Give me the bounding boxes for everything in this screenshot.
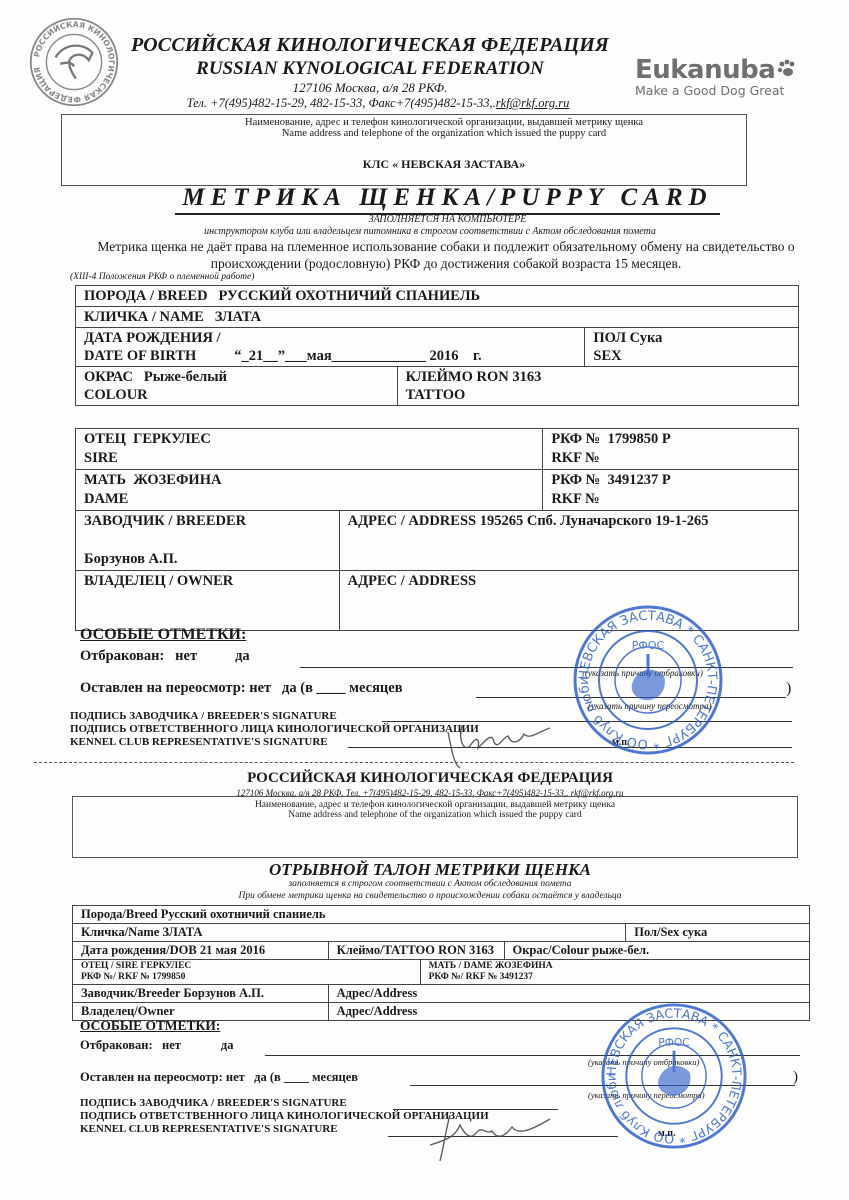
dob-row: ДАТА РОЖДЕНИЯ / DATE OF BIRTH“_21__”___м…	[76, 328, 799, 367]
talon-name: Кличка/Name ЗЛАТА	[73, 924, 626, 942]
federation-address: 127106 Москва, а/я 28 РКФ.	[120, 80, 620, 96]
federation-title-en: RUSSIAN KYNOLOGICAL FEDERATION	[120, 58, 620, 80]
breed-label: ПОРОДА / BREED	[84, 288, 208, 304]
sire-rkf-number: 1799850 Р	[608, 431, 671, 447]
rejected-yes: да	[235, 648, 250, 664]
talon-sex: Пол/Sex сука	[626, 924, 810, 942]
sponsor-brand: Eukanuba	[635, 55, 775, 85]
dam-label: МАТЬ	[84, 472, 126, 488]
talon-rejected-yes: да	[221, 1038, 234, 1052]
talon-name-row: Кличка/Name ЗЛАТА Пол/Sex сука	[73, 924, 810, 942]
sponsor-logo: Eukanuba Make a Good Dog Great	[635, 55, 835, 98]
signatures-block: ПОДПИСЬ ЗАВОДЧИКА / BREEDER'S SIGNATURE …	[70, 710, 479, 749]
parents-table: ОТЕЦ ГЕРКУЛЕС SIRE РКФ № 1799850 Р RKF №…	[75, 428, 799, 631]
talon-subtitle-2: При обмене метрики щенка на свидетельств…	[60, 891, 800, 901]
federation-contacts: Тел. +7(495)482-15-29, 482-15-33, Факс+7…	[148, 96, 608, 111]
dam-row: МАТЬ ЖОЗЕФИНА DAME РКФ № 3491237 Р RKF №	[76, 470, 799, 511]
rejected-no: нет	[175, 648, 197, 664]
org-box-label-ru: Наименование, адрес и телефон кинологиче…	[62, 117, 746, 128]
sex-label-ru: ПОЛ	[593, 330, 626, 346]
sire-row: ОТЕЦ ГЕРКУЛЕС SIRE РКФ № 1799850 Р RKF №	[76, 429, 799, 470]
breeder-address: 195265 Спб. Луначарского 19-1-265	[480, 513, 709, 529]
federation-email[interactable]: rkf@rkf.org.ru	[496, 96, 570, 110]
tear-off-line	[34, 762, 794, 763]
colour-label-en: COLOUR	[84, 386, 389, 404]
sire-rkf-label: РКФ №	[551, 431, 600, 447]
owner-label: ВЛАДЕЛЕЦ / OWNER	[84, 573, 233, 589]
colour-label-ru: ОКРАС	[84, 369, 133, 385]
talon-special-marks-title: ОСОБЫЕ ОТМЕТКИ:	[80, 1018, 220, 1034]
talon-dob-row: Дата рождения/DOB 21 мая 2016 Клеймо/TAT…	[73, 942, 810, 960]
org-box-label-en: Name address and telephone of the organi…	[62, 128, 746, 139]
talon-rejected-no: нет	[162, 1038, 181, 1052]
breeder-row: ЗАВОДЧИК / BREEDER Борзунов А.П. АДРЕС /…	[76, 511, 799, 571]
sire-label: ОТЕЦ	[84, 431, 126, 447]
sponsor-tagline: Make a Good Dog Great	[635, 83, 835, 98]
review-close-paren: )	[786, 680, 791, 698]
puppy-card-title: МЕТРИКА ЩЕНКА/PUPPY CARD	[175, 183, 720, 215]
dam-rkf-label: РКФ №	[551, 472, 600, 488]
talon-breeder: Заводчик/Breeder Борзунов А.П.	[73, 985, 329, 1003]
review-label: Оставлен на переосмотр:	[80, 680, 246, 696]
talon-review-label: Оставлен на переосмотр:	[80, 1070, 223, 1084]
lower-org-label-en: Name address and telephone of the organi…	[73, 810, 797, 820]
federation-title-ru: РОССИЙСКАЯ КИНОЛОГИЧЕСКАЯ ФЕДЕРАЦИЯ	[120, 34, 620, 57]
puppy-card-instructions: инструктором клуба или владельцем питомн…	[80, 226, 780, 237]
dob-year: 2016	[430, 348, 459, 364]
puppy-card-subtitle: ЗАПОЛНЯЕТСЯ НА КОМПЬЮТЕРЕ	[175, 214, 720, 225]
talon-review-row: Оставлен на переосмотр: нет да (в ____ м…	[80, 1070, 358, 1085]
tattoo-value: RON 3163	[477, 369, 542, 385]
breeder-address-label: АДРЕС / ADDRESS	[348, 513, 476, 529]
dob-label-en: DATE OF BIRTH	[84, 348, 196, 364]
talon-rejected-row: Отбракован: нетда	[80, 1038, 234, 1053]
puppy-card-notice: Метрика щенка не даёт права на племенное…	[66, 238, 826, 272]
club-stamp-icon: НЕВСКАЯ ЗАСТАВА * САНКТ-ПЕТЕРБУРГ * ОО К…	[572, 604, 724, 756]
rejected-label: Отбракован:	[80, 648, 164, 664]
dob-month: ___мая_____________	[285, 348, 426, 364]
dob-year-suffix: г.	[473, 348, 482, 364]
talon-breeder-address: Адрес/Address	[328, 985, 809, 1003]
talon-review-close-paren: )	[793, 1069, 798, 1086]
talon-dam: МАТЬ / DAME ЖОЗЕФИНА	[429, 961, 801, 972]
official-signature-line	[348, 747, 792, 748]
talon-breed: Порода/Breed Русский охотничий спаниель	[73, 906, 810, 924]
sire-name: ГЕРКУЛЕС	[133, 431, 211, 447]
owner-address-label: АДРЕС / ADDRESS	[348, 573, 476, 589]
talon-dob: Дата рождения/DOB 21 мая 2016	[73, 942, 329, 960]
sex-value: Сука	[630, 330, 663, 346]
special-marks-title: ОСОБЫЕ ОТМЕТКИ:	[80, 626, 246, 644]
review-row: Оставлен на переосмотр: нет да (в ____ м…	[80, 680, 403, 697]
talon-colour: Окрас/Colour рыже-бел.	[504, 942, 810, 960]
breed-row: ПОРОДА / BREED РУССКИЙ ОХОТНИЧИЙ СПАНИЕЛ…	[76, 286, 799, 307]
lower-federation-title: РОССИЙСКАЯ КИНОЛОГИЧЕСКАЯ ФЕДЕРАЦИЯ	[60, 770, 800, 787]
dam-rkf-number: 3491237 Р	[608, 472, 671, 488]
talon-breeder-row: Заводчик/Breeder Борзунов А.П. Адрес/Add…	[73, 985, 810, 1003]
svg-text:РФОС: РФОС	[632, 639, 665, 652]
rkf-emblem-icon: РОССИЙСКАЯ КИНОЛОГИЧЕСКАЯ ФЕДЕРАЦИЯ •	[28, 16, 120, 108]
federation-phone: Тел. +7(495)482-15-29, 482-15-33, Факс+7…	[187, 96, 496, 110]
name-row: КЛИЧКА / NAME ЗЛАТА	[76, 307, 799, 328]
talon-breed-row: Порода/Breed Русский охотничий спаниель	[73, 906, 810, 924]
breeder-label: ЗАВОДЧИК / BREEDER	[84, 512, 331, 531]
talon-title: ОТРЫВНОЙ ТАЛОН МЕТРИКИ ЩЕНКА	[60, 860, 800, 880]
name-value: ЗЛАТА	[215, 309, 261, 325]
official-signature-label-ru: ПОДПИСЬ ОТВЕТСТВЕННОГО ЛИЦА КИНОЛОГИЧЕСК…	[70, 723, 479, 736]
sire-rkf-label-en: RKF №	[551, 449, 790, 468]
talon-club-stamp-icon: НЕВСКАЯ ЗАСТАВА * САНКТ-ПЕТЕРБУРГ * ОО К…	[600, 1002, 748, 1150]
lower-issuing-organization-box: Наименование, адрес и телефон кинологиче…	[72, 796, 798, 858]
talon-review-no: нет	[226, 1070, 245, 1084]
dob-day: “_21__”	[234, 348, 285, 364]
talon-sire-rkf: РКФ №/ RKF № 1799850	[81, 972, 412, 983]
dob-label-ru: ДАТА РОЖДЕНИЯ /	[84, 329, 576, 347]
dam-label-en: DAME	[84, 490, 534, 509]
talon-rejected-label: Отбракован:	[80, 1038, 153, 1052]
breeder-name: Борзунов А.П.	[84, 550, 331, 569]
issuing-club-name: КЛС « НЕВСКАЯ ЗАСТАВА»	[62, 157, 746, 172]
regulation-reference: (XIII-4 Положения РКФ о племенной работе…	[70, 272, 254, 282]
talon-handwritten-signature	[420, 1105, 560, 1165]
issuing-organization-box: Наименование, адрес и телефон кинологиче…	[61, 114, 747, 186]
talon-subtitle-1: заполняется в строгом соответствии с Акт…	[60, 879, 800, 889]
sex-label-en: SEX	[593, 347, 790, 365]
talon-dam-rkf: РКФ №/ RKF № 3491237	[429, 972, 801, 983]
dam-name: ЖОЗЕФИНА	[133, 472, 221, 488]
paw-icon	[777, 59, 797, 79]
name-label: КЛИЧКА / NAME	[84, 309, 204, 325]
review-no: нет	[249, 680, 271, 696]
talon-parents-row: ОТЕЦ / SIRE ГЕРКУЛЕСРКФ №/ RKF № 1799850…	[73, 960, 810, 985]
review-yes: да (в ____ месяцев	[282, 680, 403, 696]
breed-value: РУССКИЙ ОХОТНИЧИЙ СПАНИЕЛЬ	[218, 288, 480, 304]
dam-rkf-label-en: RKF №	[551, 490, 790, 509]
colour-tattoo-row: ОКРАС Рыже-белый COLOUR КЛЕЙМО RON 3163 …	[76, 367, 799, 406]
talon-review-yes: да (в ____ месяцев	[254, 1070, 358, 1084]
rejected-row: Отбракован: нетда	[80, 648, 250, 665]
svg-text:РФОС: РФОС	[658, 1036, 690, 1049]
lower-org-label-ru: Наименование, адрес и телефон кинологиче…	[73, 800, 797, 810]
talon-sire: ОТЕЦ / SIRE ГЕРКУЛЕС	[81, 961, 412, 972]
colour-value: Рыже-белый	[144, 369, 227, 385]
dog-details-table: ПОРОДА / BREED РУССКИЙ ОХОТНИЧИЙ СПАНИЕЛ…	[75, 285, 799, 406]
tattoo-label-ru: КЛЕЙМО	[406, 369, 473, 385]
talon-tattoo: Клеймо/TATTOO RON 3163	[328, 942, 504, 960]
sire-label-en: SIRE	[84, 449, 534, 468]
tattoo-label-en: TATTOO	[406, 386, 790, 404]
